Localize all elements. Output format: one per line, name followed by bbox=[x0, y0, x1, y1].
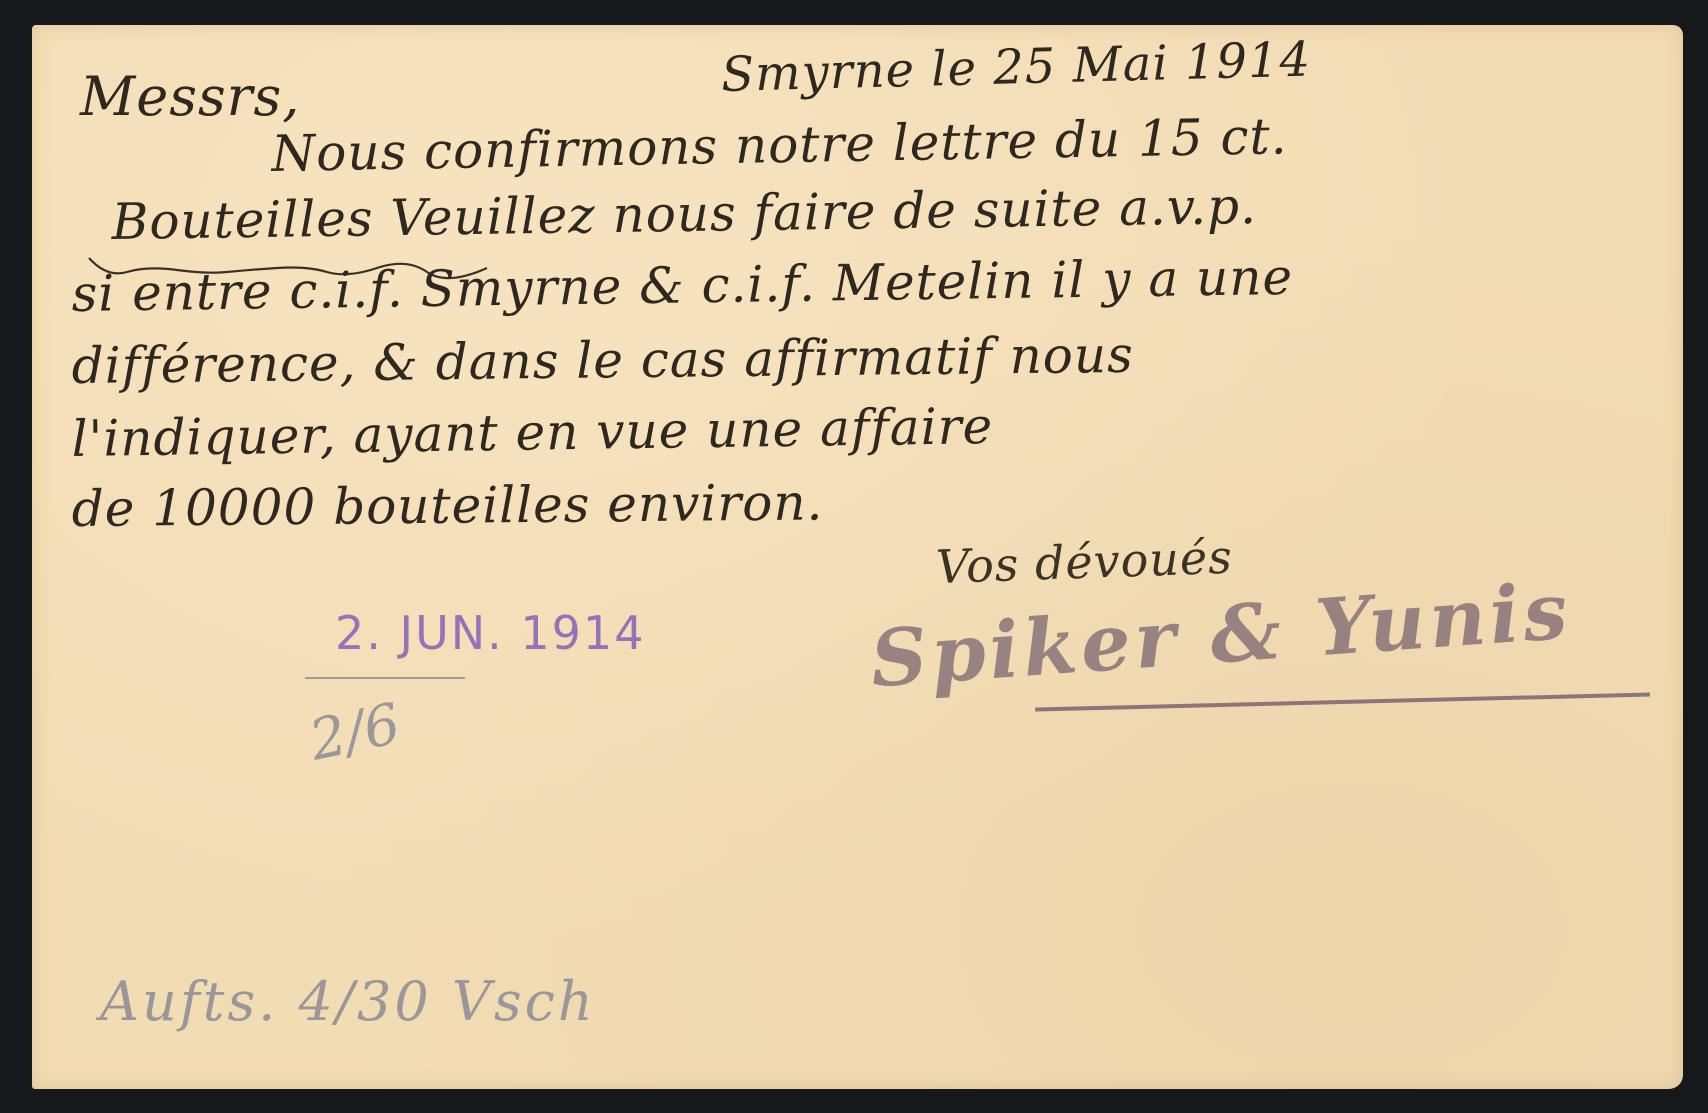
body-line-4: différence, & dans le cas affirmatif nou… bbox=[71, 326, 1134, 395]
closing: Vos dévoués bbox=[935, 530, 1233, 594]
stamp-rule bbox=[305, 677, 465, 679]
place-date: Smyrne le 25 Mai 1914 bbox=[721, 32, 1312, 103]
postcard: Messrs, Smyrne le 25 Mai 1914 Nous confi… bbox=[32, 25, 1683, 1089]
pencil-note: Aufts. 4/30 Vsch bbox=[100, 970, 596, 1033]
salutation: Messrs, bbox=[80, 65, 300, 128]
body-line-2: Bouteilles Veuillez nous faire de suite … bbox=[111, 177, 1257, 251]
body-line-5: l'indiquer, ayant en vue une affaire bbox=[71, 397, 993, 468]
received-date-stamp: 2. JUN. 1914 bbox=[335, 606, 645, 660]
body-line-1: Nous confirmons notre lettre du 15 ct. bbox=[271, 107, 1288, 183]
body-line-6: de 10000 bouteilles environ. bbox=[71, 473, 823, 538]
